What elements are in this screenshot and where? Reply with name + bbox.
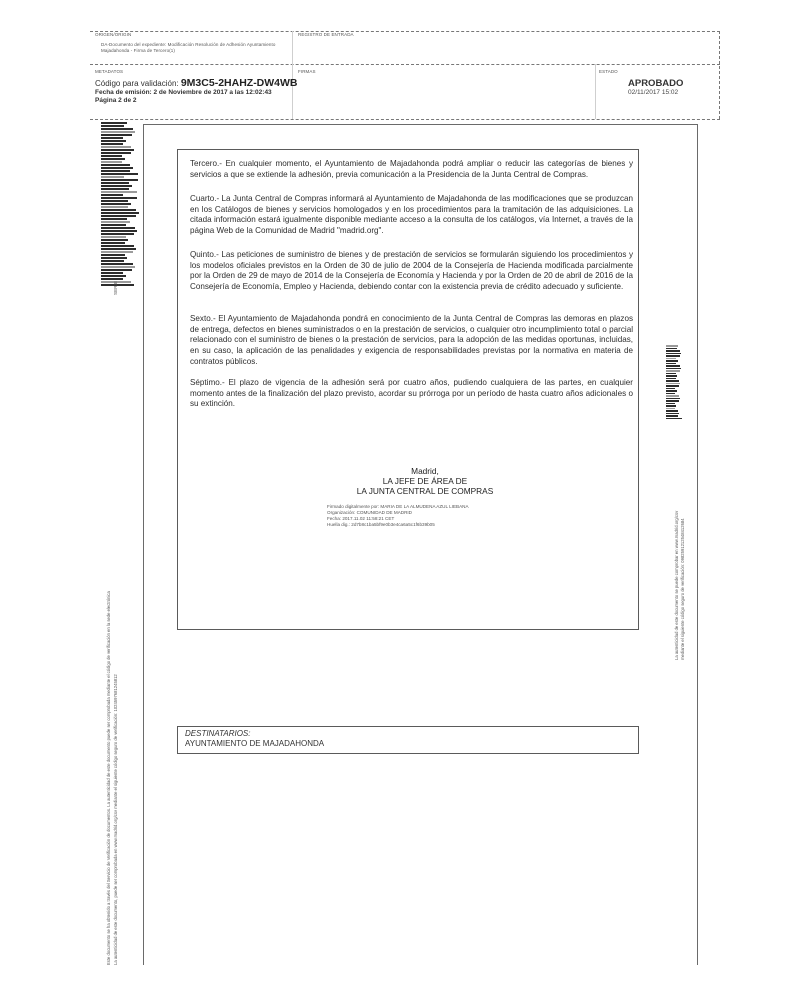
barcode-stripe	[101, 134, 132, 136]
status-date: 02/11/2017 15:02	[628, 89, 678, 96]
page-number: Página 2 de 2	[95, 97, 137, 104]
barcode-stripe	[666, 385, 679, 387]
barcode-stripe	[666, 410, 678, 412]
barcode-stripe	[666, 388, 675, 390]
barcode-stripe	[101, 218, 127, 220]
barcode-stripe	[101, 188, 129, 190]
barcode-stripe	[101, 152, 131, 154]
status-label: ESTADO	[599, 69, 618, 74]
barcode-stripe	[666, 403, 675, 405]
barcode-stripe	[101, 200, 128, 202]
barcode-stripe	[666, 353, 681, 355]
barcode-stripe	[101, 236, 126, 238]
barcode-stripe	[101, 125, 124, 127]
barcode-stripe	[101, 122, 127, 124]
paragraph-quinto: Quinto.- Las peticiones de suministro de…	[190, 250, 633, 293]
header-frame-bottom	[90, 119, 720, 120]
barcode-stripe	[101, 278, 123, 280]
barcode-stripe	[666, 358, 676, 360]
barcode-stripe	[101, 263, 133, 265]
barcode-stripe	[666, 405, 676, 407]
right-margin-text-1: La autenticidad de este documento se pue…	[674, 511, 679, 660]
barcode-stripe	[101, 149, 134, 151]
barcode-stripe	[101, 158, 125, 160]
barcode-right	[666, 345, 682, 420]
header-frame-right	[719, 31, 720, 119]
barcode-stripe	[101, 137, 123, 139]
barcode-stripe	[101, 242, 125, 244]
barcode-stripe	[101, 179, 138, 181]
barcode-left	[101, 122, 139, 287]
barcode-stripe	[101, 209, 136, 211]
paragraph-septimo: Séptimo.- El plazo de vigencia de la adh…	[190, 378, 633, 410]
barcode-stripe	[101, 215, 136, 217]
barcode-stripe	[101, 239, 128, 241]
issue-date: Fecha de emisión: 2 de Noviembre de 2017…	[95, 89, 272, 96]
barcode-stripe	[666, 363, 676, 365]
paragraph-cuarto: Cuarto.- La Junta Central de Compras inf…	[190, 194, 633, 237]
barcode-stripe	[101, 272, 123, 274]
barcode-stripe	[101, 275, 126, 277]
barcode-stripe	[101, 233, 134, 235]
barcode-stripe	[101, 176, 124, 178]
barcode-stripe	[101, 221, 130, 223]
barcode-stripe	[666, 398, 680, 400]
barcode-stripe	[101, 140, 126, 142]
barcode-stripe	[101, 194, 123, 196]
barcode-stripe	[101, 161, 122, 163]
barcode-stripe	[666, 365, 680, 367]
verification-label: Código para validación:	[95, 79, 179, 88]
barcode-stripe	[666, 413, 679, 415]
signature-title-2: LA JUNTA CENTRAL DE COMPRAS	[300, 486, 550, 496]
header-divider-1	[292, 31, 293, 119]
barcode-stripe	[666, 350, 680, 352]
registry-label: REGISTRO DE ENTRADA	[298, 32, 354, 37]
header-divider-2	[595, 64, 596, 119]
left-margin-text-1: Este documento se ha obtenido a través d…	[106, 591, 111, 965]
barcode-stripe	[101, 245, 134, 247]
barcode-stripe	[101, 230, 137, 232]
barcode-stripe	[101, 212, 139, 214]
barcode-stripe	[666, 390, 677, 392]
barcode-stripe	[101, 191, 137, 193]
barcode-stripe	[101, 197, 137, 199]
barcode-stripe	[666, 355, 680, 357]
barcode-stripe	[101, 185, 132, 187]
header-frame-top	[90, 31, 720, 32]
barcode-stripe	[101, 143, 123, 145]
barcode-stripe	[101, 224, 126, 226]
barcode-stripe	[666, 370, 680, 372]
header-frame-middle	[90, 64, 720, 65]
barcode-stripe	[101, 254, 125, 256]
barcode-stripe	[101, 251, 133, 253]
recipients-label: DESTINATARIOS:	[185, 729, 251, 738]
barcode-stripe	[666, 360, 678, 362]
barcode-stripe	[101, 266, 135, 268]
barcode-stripe	[101, 131, 135, 133]
barcode-stripe	[666, 378, 676, 380]
verification-line: Código para validación: 9M3C5-2HAHZ-DW4W…	[95, 77, 298, 89]
barcode-stripe	[666, 383, 680, 385]
barcode-stripe	[666, 418, 682, 420]
barcode-stripe	[666, 375, 677, 377]
barcode-stripe	[101, 203, 131, 205]
signature-meta-4: Huella dig.: 2d7b8c1ba5bf9e0b3e4ca6a5c1f…	[327, 522, 435, 528]
barcode-stripe	[101, 248, 136, 250]
barcode-stripe	[666, 373, 676, 375]
barcode-stripe	[666, 380, 679, 382]
document-description: DA-Documento del expediente: Modificació…	[101, 42, 291, 53]
status-badge: APROBADO	[628, 78, 683, 89]
barcode-stripe	[666, 415, 678, 417]
origin-label: ORIGEN/ORIGIN	[95, 32, 131, 37]
barcode-stripe	[666, 393, 675, 395]
barcode-stripe	[101, 257, 127, 259]
barcode-caption: SERIE	[113, 281, 118, 295]
signature-title-1: LA JEFE DE ÁREA DE	[300, 476, 550, 486]
barcode-stripe	[101, 173, 138, 175]
barcode-stripe	[101, 227, 135, 229]
barcode-stripe	[666, 368, 681, 370]
barcode-stripe	[101, 167, 133, 169]
paragraph-sexto: Sexto.- El Ayuntamiento de Majadahonda p…	[190, 314, 633, 368]
right-margin-text-2: mediante el siguiente código seguro de v…	[680, 518, 685, 660]
barcode-stripe	[101, 170, 130, 172]
verification-code[interactable]: 9M3C5-2HAHZ-DW4WB	[181, 77, 298, 89]
barcode-stripe	[666, 400, 679, 402]
signature-city: Madrid,	[300, 466, 550, 476]
barcode-stripe	[101, 260, 124, 262]
barcode-stripe	[666, 345, 678, 347]
barcode-stripe	[101, 155, 122, 157]
barcode-stripe	[101, 206, 128, 208]
csv-label: METADATOS	[95, 69, 123, 74]
barcode-stripe	[101, 164, 130, 166]
barcode-stripe	[666, 408, 675, 410]
left-margin-text-2: La autenticidad de este documento, puede…	[113, 674, 118, 965]
recipients-value: AYUNTAMIENTO DE MAJADAHONDA	[185, 739, 324, 748]
barcode-stripe	[101, 182, 129, 184]
barcode-stripe	[666, 348, 677, 350]
barcode-stripe	[101, 128, 133, 130]
paragraph-tercero: Tercero.- En cualquier momento, el Ayunt…	[190, 159, 633, 180]
barcode-stripe	[101, 269, 132, 271]
barcode-stripe	[666, 395, 679, 397]
barcode-stripe	[101, 146, 131, 148]
signature-label: FIRMAS	[298, 69, 316, 74]
